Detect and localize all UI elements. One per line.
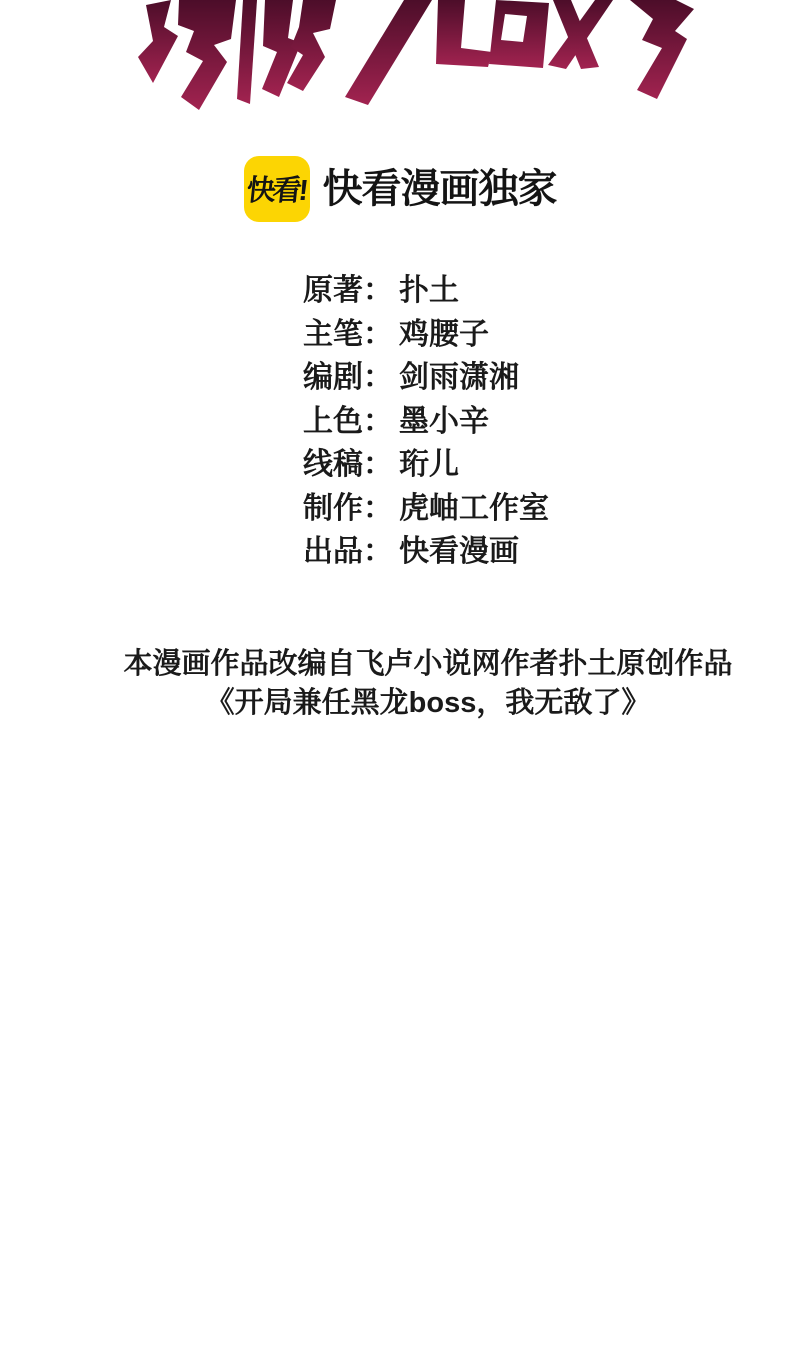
credit-line: 主笔：鸡腰子 xyxy=(303,313,549,357)
credit-role-label: 编剧： xyxy=(303,361,393,394)
credits-list: 原著：扑土 主笔：鸡腰子 编剧：剑雨潇湘 上色：墨小辛 线稿：珩儿 制作：虎岫工… xyxy=(303,269,549,574)
credit-person-name: 虎岫工作室 xyxy=(399,492,549,525)
comic-credits-page: 快看! 快看漫画独家 原著：扑土 主笔：鸡腰子 编剧：剑雨潇湘 上色：墨小辛 线… xyxy=(0,0,800,1365)
kuaikan-exclusive-label: 快看漫画独家 xyxy=(323,169,557,209)
credit-person-name: 墨小辛 xyxy=(399,405,489,438)
adaptation-notice-line-2: 《开局兼任黑龙boss，我无敌了》 xyxy=(28,684,800,723)
credit-line: 上色：墨小辛 xyxy=(303,400,549,444)
credit-line: 制作：虎岫工作室 xyxy=(303,487,549,531)
credit-role-label: 线稿： xyxy=(303,448,393,481)
credit-person-name: 快看漫画 xyxy=(399,535,519,568)
adaptation-notice-line-1: 本漫画作品改编自飞卢小说网作者扑土原创作品 xyxy=(28,645,800,684)
credit-person-name: 鸡腰子 xyxy=(399,318,489,351)
credit-role-label: 原著： xyxy=(303,274,393,307)
clipped-comic-title-artwork xyxy=(0,0,800,112)
credit-person-name: 珩儿 xyxy=(399,448,459,481)
credit-role-label: 制作： xyxy=(303,492,393,525)
brand-row: 快看! 快看漫画独家 xyxy=(0,155,800,222)
credit-person-name: 扑土 xyxy=(399,274,459,307)
credit-person-name: 剑雨潇湘 xyxy=(399,361,519,394)
credit-line: 编剧：剑雨潇湘 xyxy=(303,356,549,400)
credit-role-label: 出品： xyxy=(303,535,393,568)
credit-line: 出品：快看漫画 xyxy=(303,530,549,574)
kuaikan-app-badge: 快看! xyxy=(244,156,310,222)
credit-line: 线稿：珩儿 xyxy=(303,443,549,487)
kuaikan-badge-label: 快看! xyxy=(245,168,308,209)
adaptation-notice: 本漫画作品改编自飞卢小说网作者扑土原创作品 《开局兼任黑龙boss，我无敌了》 xyxy=(28,645,800,723)
title-fragment-group xyxy=(138,0,694,110)
credit-role-label: 上色： xyxy=(303,405,393,438)
credit-role-label: 主笔： xyxy=(303,318,393,351)
credit-line: 原著：扑土 xyxy=(303,269,549,313)
